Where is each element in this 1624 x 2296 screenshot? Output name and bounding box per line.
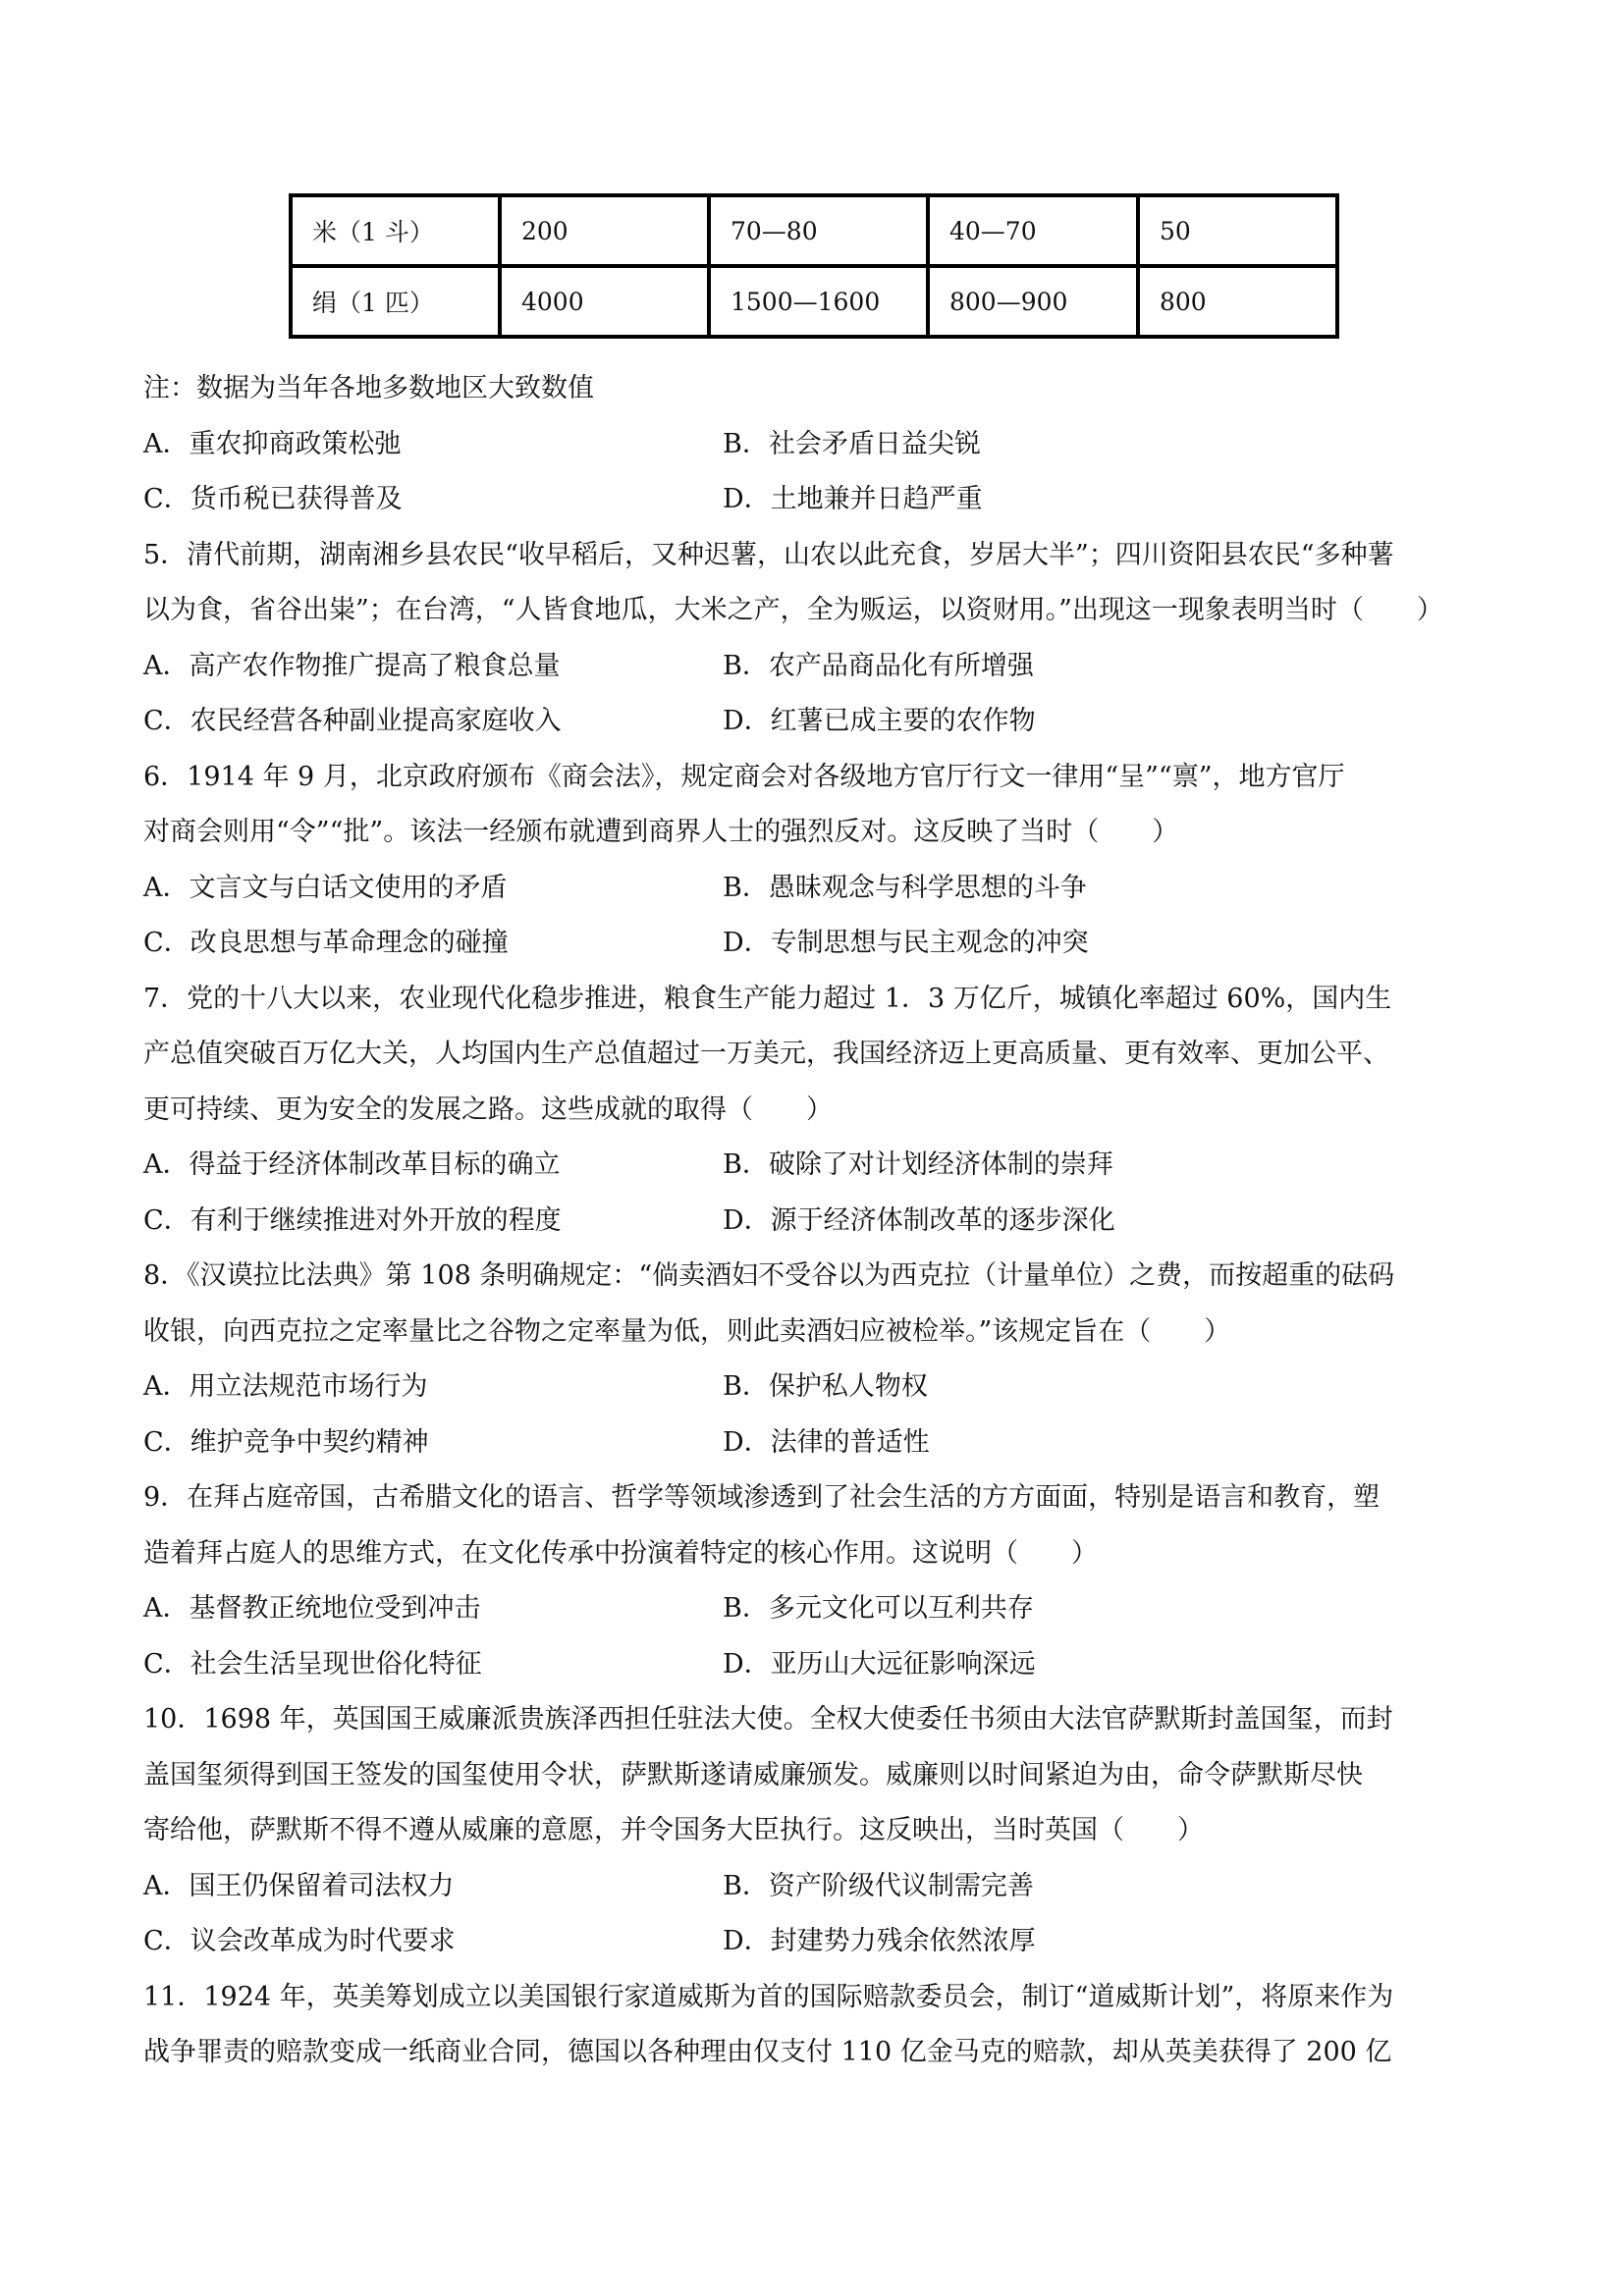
q8-option-d[interactable]: D．法律的普适性 (723, 1415, 1302, 1471)
q6-option-c[interactable]: C．改良思想与革命理念的碰撞 (143, 916, 723, 972)
q6-options-row1: A．文言文与白话文使用的矛盾 B．愚昧观念与科学思想的斗争 (143, 861, 1479, 917)
q6-stem-line: 6．1914 年 9 月，北京政府颁布《商会法》，规定商会对各级地方官厅行文一律… (143, 750, 1479, 806)
q11-stem-line: 11．1924 年，英美筹划成立以美国银行家道威斯为首的国际赔款委员会，制订“道… (143, 1970, 1479, 2026)
q4-option-b[interactable]: B．社会矛盾日益尖锐 (723, 417, 1302, 473)
question-content: 注：数据为当年各地多数地区大致数值 A．重农抑商政策松弛 B．社会矛盾日益尖锐 … (143, 361, 1479, 2081)
q4-options-row1: A．重农抑商政策松弛 B．社会矛盾日益尖锐 (143, 417, 1479, 473)
q5-option-c[interactable]: C．农民经营各种副业提高家庭收入 (143, 694, 723, 750)
q7-stem-line: 更可持续、更为安全的发展之路。这些成就的取得（ ） (143, 1083, 1479, 1139)
q7-stem-line: 7．党的十八大以来，农业现代化稳步推进，粮食生产能力超过 1．3 万亿斤，城镇化… (143, 972, 1479, 1028)
q10-options-row1: A．国王仍保留着司法权力 B．资产阶级代议制需完善 (143, 1859, 1479, 1915)
q5-options-row2: C．农民经营各种副业提高家庭收入 D．红薯已成主要的农作物 (143, 694, 1479, 750)
q8-options-row1: A．用立法规范市场行为 B．保护私人物权 (143, 1360, 1479, 1415)
q7-stem-line: 产总值突破百万亿大关，人均国内生产总值超过一万美元，我国经济迈上更高质量、更有效… (143, 1027, 1479, 1083)
q10-option-c[interactable]: C．议会改革成为时代要求 (143, 1914, 723, 1970)
q7-option-d[interactable]: D．源于经济体制改革的逐步深化 (723, 1194, 1302, 1250)
q7-option-c[interactable]: C．有利于继续推进对外开放的程度 (143, 1194, 723, 1250)
table-cell: 800—900 (928, 266, 1138, 337)
q4-option-c[interactable]: C．货币税已获得普及 (143, 472, 723, 528)
q9-option-b[interactable]: B．多元文化可以互利共存 (723, 1581, 1302, 1637)
q10-option-a[interactable]: A．国王仍保留着司法权力 (143, 1859, 723, 1915)
q6-option-a[interactable]: A．文言文与白话文使用的矛盾 (143, 861, 723, 917)
q8-options-row2: C．维护竞争中契约精神 D．法律的普适性 (143, 1415, 1479, 1471)
table-cell: 1500—1600 (709, 266, 928, 337)
q8-stem-line: 收银，向西克拉之定率量比之谷物之定率量为低，则此卖酒妇应被检举。”该规定旨在（ … (143, 1305, 1479, 1361)
q6-options-row2: C．改良思想与革命理念的碰撞 D．专制思想与民主观念的冲突 (143, 916, 1479, 972)
q8-option-a[interactable]: A．用立法规范市场行为 (143, 1360, 723, 1415)
table-cell: 800 (1138, 266, 1337, 337)
q4-options-row2: C．货币税已获得普及 D．土地兼并日趋严重 (143, 472, 1479, 528)
q9-options-row1: A．基督教正统地位受到冲击 B．多元文化可以互利共存 (143, 1581, 1479, 1637)
q6-option-d[interactable]: D．专制思想与民主观念的冲突 (723, 916, 1302, 972)
q7-options-row1: A．得益于经济体制改革目标的确立 B．破除了对计划经济体制的崇拜 (143, 1138, 1479, 1194)
q10-option-b[interactable]: B．资产阶级代议制需完善 (723, 1859, 1302, 1915)
q4-option-a[interactable]: A．重农抑商政策松弛 (143, 417, 723, 473)
q9-option-a[interactable]: A．基督教正统地位受到冲击 (143, 1581, 723, 1637)
table-note: 注：数据为当年各地多数地区大致数值 (143, 361, 1479, 417)
q10-options-row2: C．议会改革成为时代要求 D．封建势力残余依然浓厚 (143, 1914, 1479, 1970)
q10-stem-line: 寄给他，萨默斯不得不遵从威廉的意愿，并令国务大臣执行。这反映出，当时英国（ ） (143, 1803, 1479, 1859)
q8-option-b[interactable]: B．保护私人物权 (723, 1360, 1302, 1415)
table-cell: 4000 (500, 266, 709, 337)
q7-options-row2: C．有利于继续推进对外开放的程度 D．源于经济体制改革的逐步深化 (143, 1194, 1479, 1250)
table-row-rice: 米（1 斗） 200 70—80 40—70 50 (291, 195, 1337, 266)
q10-stem-line: 盖国玺须得到国王签发的国玺使用令状，萨默斯遂请威廉颁发。威廉则以时间紧迫为由，命… (143, 1748, 1479, 1804)
q8-stem-line: 8．《汉谟拉比法典》第 108 条明确规定：“倘卖酒妇不受谷以为西克拉（计量单位… (143, 1249, 1479, 1305)
q5-option-d[interactable]: D．红薯已成主要的农作物 (723, 694, 1302, 750)
table-cell: 米（1 斗） (291, 195, 500, 266)
table-cell: 40—70 (928, 195, 1138, 266)
table-row-silk: 绢（1 匹） 4000 1500—1600 800—900 800 (291, 266, 1337, 337)
q5-options-row1: A．高产农作物推广提高了粮食总量 B．农产品商品化有所增强 (143, 639, 1479, 695)
q9-options-row2: C．社会生活呈现世俗化特征 D．亚历山大远征影响深远 (143, 1637, 1479, 1693)
q10-option-d[interactable]: D．封建势力残余依然浓厚 (723, 1914, 1302, 1970)
q6-stem-line: 对商会则用“令”“批”。该法一经颁布就遭到商界人士的强烈反对。这反映了当时（ ） (143, 805, 1479, 861)
table-cell: 50 (1138, 195, 1337, 266)
q9-option-c[interactable]: C．社会生活呈现世俗化特征 (143, 1637, 723, 1693)
table-cell: 70—80 (709, 195, 928, 266)
table-cell: 200 (500, 195, 709, 266)
q8-option-c[interactable]: C．维护竞争中契约精神 (143, 1415, 723, 1471)
q5-stem-line: 5．清代前期，湖南湘乡县农民“收早稻后，又种迟薯，山农以此充食，岁居大半”；四川… (143, 528, 1479, 584)
q6-option-b[interactable]: B．愚昧观念与科学思想的斗争 (723, 861, 1302, 917)
q9-stem-line: 造着拜占庭人的思维方式，在文化传承中扮演着特定的核心作用。这说明（ ） (143, 1526, 1479, 1582)
q5-option-b[interactable]: B．农产品商品化有所增强 (723, 639, 1302, 695)
price-table: 米（1 斗） 200 70—80 40—70 50 绢（1 匹） 4000 15… (289, 193, 1339, 339)
q7-option-b[interactable]: B．破除了对计划经济体制的崇拜 (723, 1138, 1302, 1194)
q7-option-a[interactable]: A．得益于经济体制改革目标的确立 (143, 1138, 723, 1194)
q5-stem-line: 以为食，省谷出粜”；在台湾，“人皆食地瓜，大米之产，全为贩运，以资财用。”出现这… (143, 583, 1479, 639)
q9-stem-line: 9．在拜占庭帝国，古希腊文化的语言、哲学等领域渗透到了社会生活的方方面面，特别是… (143, 1470, 1479, 1526)
table-cell: 绢（1 匹） (291, 266, 500, 337)
q5-option-a[interactable]: A．高产农作物推广提高了粮食总量 (143, 639, 723, 695)
q11-stem-line: 战争罪责的赔款变成一纸商业合同，德国以各种理由仅支付 110 亿金马克的赔款，却… (143, 2025, 1479, 2081)
q9-option-d[interactable]: D．亚历山大远征影响深远 (723, 1637, 1302, 1693)
q4-option-d[interactable]: D．土地兼并日趋严重 (723, 472, 1302, 528)
q10-stem-line: 10．1698 年，英国国王威廉派贵族泽西担任驻法大使。全权大使委任书须由大法官… (143, 1692, 1479, 1748)
